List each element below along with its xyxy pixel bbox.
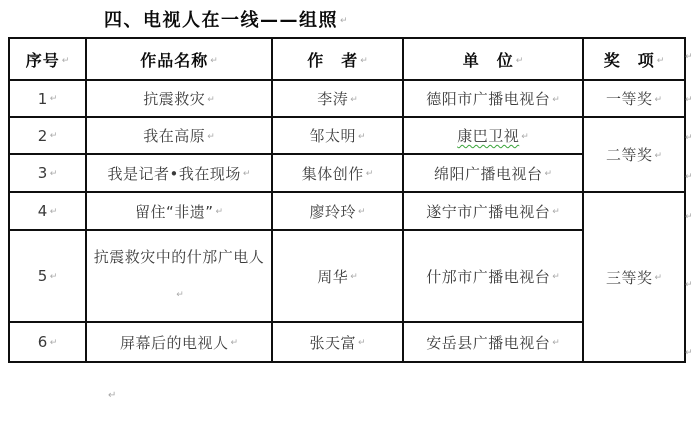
page-title: 四、电视人在一线——组照↵ [104, 6, 348, 32]
author-name: 廖玲玲 [309, 203, 356, 221]
unit-name: 遂宁市广播电视台 [426, 203, 550, 221]
row-end-mark: ↵ [685, 280, 693, 290]
cell-no: 4↵ [9, 192, 86, 230]
cell-end-mark: ↵ [50, 338, 58, 348]
row-end-mark: ↵ [685, 172, 693, 182]
work-title: 留住“非遗” [135, 203, 214, 221]
cell-work: 抗震救灾↵ [86, 80, 272, 117]
row-end-mark: ↵ [685, 133, 693, 143]
col-header-award-label: 奖 项 [604, 51, 655, 70]
author-name: 邹太明 [309, 127, 356, 145]
col-header-no: 序号↵ [9, 38, 86, 80]
work-title: 屏幕后的电视人 [120, 334, 229, 352]
col-header-unit-label: 单 位 [463, 51, 514, 70]
cell-end-mark: ↵ [521, 132, 529, 142]
cell-no: 6↵ [9, 322, 86, 362]
cell-work: 留住“非遗”↵ [86, 192, 272, 230]
row-end-mark: ↵ [685, 212, 693, 222]
cell-end-mark: ↵ [207, 132, 215, 142]
cell-work: 屏幕后的电视人↵ [86, 322, 272, 362]
cell-author: 张天富↵ [272, 322, 403, 362]
page-title-text: 四、电视人在一线——组照 [104, 10, 338, 31]
row-no: 1 [38, 90, 48, 108]
row-end-mark: ↵ [685, 52, 693, 62]
row-no: 5 [38, 267, 48, 285]
col-header-unit: 单 位↵ [403, 38, 583, 80]
row-end-mark: ↵ [685, 348, 693, 358]
cell-end-mark: ↵ [360, 56, 368, 66]
cell-end-mark: ↵ [552, 338, 560, 348]
table-row: 2↵ 我在高原↵ 邹太明↵ 康巴卫视↵ 二等奖↵ [9, 117, 685, 154]
row-no: 4 [38, 202, 48, 220]
cell-end-mark: ↵ [516, 56, 524, 66]
unit-name: 什邡市广播电视台 [426, 268, 550, 286]
cell-no: 3↵ [9, 154, 86, 192]
cell-end-mark: ↵ [62, 56, 70, 66]
work-title: 我是记者•我在现场 [108, 165, 241, 183]
author-name: 周华 [317, 268, 348, 286]
row-no: 3 [38, 164, 48, 182]
cell-end-mark: ↵ [552, 95, 560, 105]
cell-end-mark: ↵ [552, 272, 560, 282]
cell-unit: 遂宁市广播电视台↵ [403, 192, 583, 230]
cell-end-mark: ↵ [366, 169, 374, 179]
cell-no: 5↵ [9, 230, 86, 322]
cell-author: 李涛↵ [272, 80, 403, 117]
col-header-work: 作品名称↵ [86, 38, 272, 80]
cell-end-mark: ↵ [358, 338, 366, 348]
award-label: 一等奖 [606, 90, 653, 108]
document-page: 四、电视人在一线——组照↵ 序号↵ 作品名称↵ 作 者↵ 单 位↵ 奖 项↵ 1… [0, 0, 693, 421]
cell-unit: 康巴卫视↵ [403, 117, 583, 154]
header-row: 序号↵ 作品名称↵ 作 者↵ 单 位↵ 奖 项↵ [9, 38, 685, 80]
cell-work: 我在高原↵ [86, 117, 272, 154]
cell-end-mark: ↵ [654, 151, 662, 161]
col-header-no-label: 序号 [26, 51, 60, 70]
cell-end-mark: ↵ [350, 272, 358, 282]
row-end-mark: ↵ [685, 95, 693, 105]
cell-work: 抗震救灾中的什邡广电人↵ [86, 230, 272, 322]
work-title: 抗震救灾中的什邡广电人 [94, 248, 265, 266]
cell-end-mark: ↵ [230, 338, 238, 348]
cell-award: 一等奖↵ [583, 80, 685, 117]
row-no: 6 [38, 333, 48, 351]
unit-name: 安岳县广播电视台 [426, 334, 550, 352]
cell-author: 廖玲玲↵ [272, 192, 403, 230]
cell-unit: 安岳县广播电视台↵ [403, 322, 583, 362]
cell-award: 二等奖↵ [583, 117, 685, 192]
cell-unit: 绵阳广播电视台↵ [403, 154, 583, 192]
award-label: 三等奖 [606, 269, 653, 287]
cell-end-mark: ↵ [654, 273, 662, 283]
cell-author: 周华↵ [272, 230, 403, 322]
paragraph-mark: ↵ [340, 16, 348, 26]
col-header-award: 奖 项↵ [583, 38, 685, 80]
cell-work: 我是记者•我在现场↵ [86, 154, 272, 192]
cell-end-mark: ↵ [176, 290, 184, 300]
cell-award: 三等奖↵ [583, 192, 685, 362]
cell-end-mark: ↵ [243, 169, 251, 179]
work-title: 抗震救灾 [143, 90, 205, 108]
author-name: 李涛 [317, 90, 348, 108]
cell-unit: 德阳市广播电视台↵ [403, 80, 583, 117]
col-header-work-label: 作品名称 [140, 51, 208, 70]
cell-end-mark: ↵ [358, 207, 366, 217]
cell-end-mark: ↵ [50, 169, 58, 179]
cell-end-mark: ↵ [654, 95, 662, 105]
row-no: 2 [38, 127, 48, 145]
cell-end-mark: ↵ [350, 95, 358, 105]
col-header-author: 作 者↵ [272, 38, 403, 80]
cell-end-mark: ↵ [50, 207, 58, 217]
cell-author: 集体创作↵ [272, 154, 403, 192]
unit-name: 绵阳广播电视台 [434, 165, 543, 183]
unit-name: 康巴卫视 [457, 127, 519, 145]
cell-end-mark: ↵ [50, 272, 58, 282]
author-name: 集体创作 [302, 165, 364, 183]
paragraph-mark: ↵ [108, 390, 116, 401]
award-label: 二等奖 [606, 146, 653, 164]
cell-author: 邹太明↵ [272, 117, 403, 154]
table-row: 4↵ 留住“非遗”↵ 廖玲玲↵ 遂宁市广播电视台↵ 三等奖↵ [9, 192, 685, 230]
cell-end-mark: ↵ [207, 95, 215, 105]
cell-end-mark: ↵ [358, 132, 366, 142]
cell-end-mark: ↵ [216, 207, 224, 217]
author-name: 张天富 [309, 334, 356, 352]
cell-end-mark: ↵ [544, 169, 552, 179]
col-header-author-label: 作 者 [307, 51, 358, 70]
unit-name: 德阳市广播电视台 [426, 90, 550, 108]
cell-end-mark: ↵ [50, 131, 58, 141]
table-row: 1↵ 抗震救灾↵ 李涛↵ 德阳市广播电视台↵ 一等奖↵ [9, 80, 685, 117]
cell-unit: 什邡市广播电视台↵ [403, 230, 583, 322]
cell-end-mark: ↵ [50, 94, 58, 104]
awards-table: 序号↵ 作品名称↵ 作 者↵ 单 位↵ 奖 项↵ 1↵ 抗震救灾↵ 李涛↵ 德阳… [8, 37, 686, 363]
cell-no: 1↵ [9, 80, 86, 117]
cell-end-mark: ↵ [210, 56, 218, 66]
cell-end-mark: ↵ [657, 56, 665, 66]
cell-end-mark: ↵ [552, 207, 560, 217]
cell-no: 2↵ [9, 117, 86, 154]
work-title: 我在高原 [143, 127, 205, 145]
